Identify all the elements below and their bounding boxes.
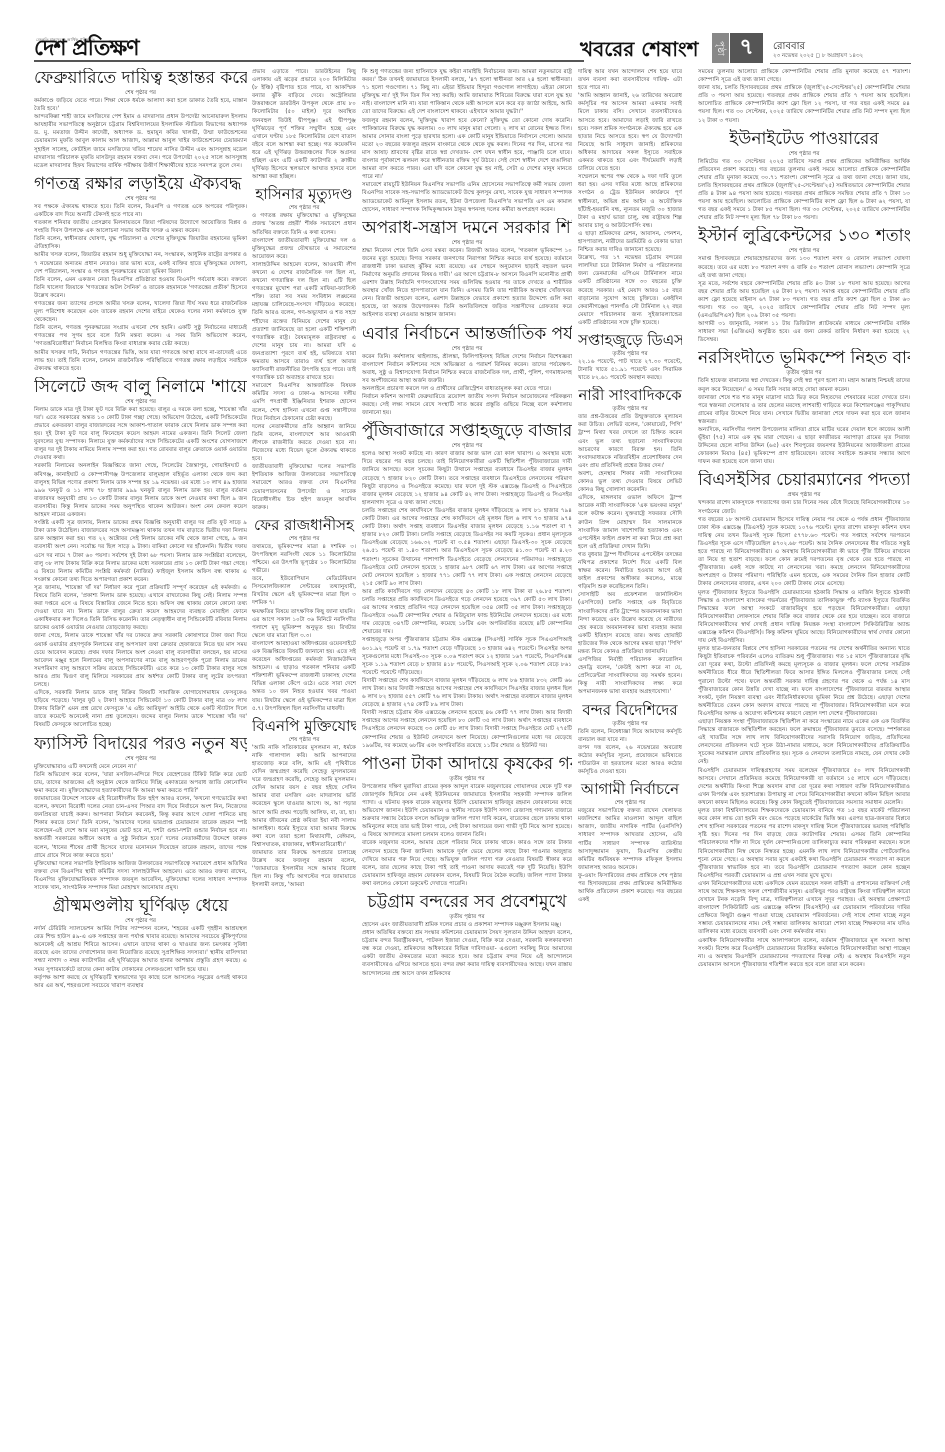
- article-headline: গণতন্ত্র রক্ষার লড়াইয়ে ঐক্যবদ্ধ থাকার: [34, 174, 247, 195]
- article: নরসিংদীতে ভূমিকম্পে নিহত বাবাতৃতীয় পৃষ্…: [698, 348, 910, 466]
- article-headline: বিএনপি মুক্তিযোদ্ধার: [252, 717, 356, 736]
- continuation-note: শেষ পৃষ্ঠার পর: [698, 247, 910, 255]
- paragraph: মুক্তিযোদ্ধা দলের সভাপতি ইশতিয়াক আজিজ উ…: [34, 860, 247, 892]
- paragraph: বাংলাদেশ আবহাওয়া অধিদপ্তরের ওয়েবসাইটে …: [252, 640, 356, 713]
- article-body: মুক্তিযোদ্ধারাও এটি কখনোই মেনে নেবেন না।…: [34, 763, 247, 893]
- paragraph: তিনি হাফেজ বানানোর স্বপ্ন দেখতেন। কিন্তু…: [698, 377, 910, 393]
- paragraph: 'আমি আহ্বান জানাই, ২৬ তারিখের অবরোধ কর্ম…: [578, 92, 682, 173]
- continuation-note: শেষ পৃষ্ঠার পর: [34, 917, 247, 925]
- paragraph: সপ্তাহজুড়ে অপর পুঁজিবাজার চট্টগ্রাম স্ট…: [362, 636, 572, 676]
- article: ফের রাজধানীসহশেষ পৃষ্ঠার পরতথ্যমতে, ভূমি…: [252, 516, 356, 713]
- paragraph: তথ্যমতে, ভূমিকম্পের মাত্রা ৪ দশমিক ৩। উৎ…: [252, 543, 356, 575]
- article-body: প্রভাব এড়াতে পারে। ডারউইনের কিছু এলাকায…: [252, 68, 356, 181]
- column-2: প্রভাব এড়াতে পারে। ডারউইনের কিছু এলাকায…: [252, 68, 356, 1412]
- issue-date: ২৩ নভেম্বর ২০২৫ ◻ ৮ অগ্রহায়ণ ১৪৩২: [773, 53, 863, 61]
- article-headline: ফ্যাসিস্ট বিদায়ের পরও নতুন ষড়যন্ত্র: [34, 734, 247, 755]
- paragraph: মুক্তিযোদ্ধারাও এটি কখনোই মেনে নেবেন না।…: [34, 763, 247, 771]
- paragraph: এ ছাড়া শ্রমিকদের রেশন, আবাসন, পেনশন, হা…: [578, 230, 682, 254]
- paragraph: জাতীয়তাবাদী মুক্তিযোদ্ধা দলের সভাপতি ইশ…: [252, 463, 356, 512]
- paragraph: সরকারি নিলামের অনলাইন বিজ্ঞপ্তিতে জানা গ…: [34, 462, 247, 519]
- article-body: ও গণতন্ত্র রক্ষায় মুক্তিযোদ্ধা ও মুক্তি…: [252, 212, 356, 511]
- article-headline: বন্দর বিদেশিদের: [578, 701, 682, 720]
- paragraph: তিনি বলেন, গণতন্ত্র পুনরুদ্ধারের সংগ্রাম…: [34, 324, 247, 348]
- paragraph: এসপিজির নির্বাহী পরিচালক ক্যারোলিন হেনড্…: [578, 656, 682, 696]
- paragraph: জানা গেছে, নিলাম ডাকে শায়েস্তা খাঁর দর …: [34, 632, 247, 689]
- page-number: ৭: [730, 33, 763, 63]
- continuation-note: তৃতীয় পৃষ্ঠার পর: [362, 775, 572, 783]
- column-1: ফেব্রুয়ারিতে দায়িত্ব হস্তান্তর করেশেষ …: [34, 68, 247, 1412]
- article: এবার নির্বাচনে আন্তর্জাতিক পর্যবেক্ষকশেষ…: [362, 324, 572, 418]
- article-body: তার প্রশ্ন-উত্তরের প্রতি উন্মুক্ততাকে মূ…: [578, 413, 682, 696]
- paragraph: একাধিক বিনিয়োগকারীর সাথে আলাপকালে বলেন,…: [698, 937, 910, 969]
- article-body: সমাপ্ত হিসাববছরে শেয়ারহোল্ডারদের জন্য ১…: [698, 255, 910, 344]
- paragraph: সব পক্ষকে ঐক্যবদ্ধ থাকতে হবে। তিনি বলেন,…: [34, 203, 247, 219]
- article-body: হোসেন এবং জাতীয়তাবাদী শ্রমিক দলের প্রচা…: [362, 921, 572, 978]
- article: গ্রীষ্মমণ্ডলীয় ঘূর্ণিঝড় ধেয়েশেষ পৃষ্ঠ…: [34, 896, 247, 990]
- paragraph: কর্মকাণ্ডে জড়িয়ে যেতে পারে। শিক্ষা থেক…: [34, 97, 247, 113]
- continuation-note: তৃতীয় পৃষ্ঠার পর: [578, 405, 682, 413]
- article: প্রভাব এড়াতে পারে। ডারউইনের কিছু এলাকায…: [252, 68, 356, 181]
- paragraph: হোসেন এবং জাতীয়তাবাদী শ্রমিক দলের প্রচা…: [362, 921, 572, 929]
- paragraph: জানা যায়, চলতি হিসাববছরের প্রথম প্রান্ত…: [698, 84, 910, 124]
- article-headline: চট্টগ্রাম বন্দরের সব প্রবেশমুখে: [362, 892, 572, 913]
- article-body: তথ্যমতে, ভূমিকম্পের মাত্রা ৪ দশমিক ৩। উৎ…: [252, 543, 356, 713]
- paragraph: নর্দার্ন টেরিটরি স্যালভেশন আর্মির পিটার …: [34, 925, 247, 974]
- paragraph: বিদায়ী সপ্তাহে চট্টগ্রাম স্টক এক্সচেঞ্জ…: [362, 709, 572, 749]
- article: গণতন্ত্র রক্ষার লড়াইয়ে ঐক্যবদ্ধ থাকারশ…: [34, 174, 247, 373]
- article: বিএসইসির চেয়ারম্যানের পদত্যাগ ঘিরেপ্রথম…: [698, 470, 910, 968]
- article-headline: সিলেটে জব্দ বালু নিলামে 'শায়েস্তা খাঁর: [34, 377, 247, 398]
- paragraph: তিনি বলেন, স্বাধীনতার ঘোষণা, যুদ্ধ পরিচা…: [34, 235, 247, 251]
- paragraph: উল্লেখ্য, গত ১৭ নভেম্বর চট্টগ্রাম বন্দরে…: [578, 254, 682, 327]
- masthead: মেহনতি মানুষের ও আর্থিক প্রতিশ্রুতি দেশ …: [0, 0, 945, 48]
- article: নারী সাংবাদিককেতৃতীয় পৃষ্ঠার পরতার প্রশ…: [578, 386, 682, 696]
- paragraph: করেন তিনি। কর্মশালায় থাইল্যান্ড, শ্রীলঙ…: [362, 353, 572, 385]
- article-headline: ফের রাজধানীসহ: [252, 516, 356, 535]
- article-headline: বিএসইসির চেয়ারম্যানের পদত্যাগ ঘিরে: [698, 470, 910, 491]
- paragraph: এখন বিনিয়োগকারীদের মধ্যে একদিকে যেমন রয…: [698, 880, 910, 937]
- paragraph: সমাবেশে রায়চুটি ইউনিয়ন বিএনপির সভাপতি …: [362, 181, 572, 213]
- article-headline: নরসিংদীতে ভূমিকম্পে নিহত বাবা: [698, 348, 910, 369]
- paragraph: কি শুধু গণতন্ত্রের জন্য হাসিনাকে যুদ্ধ ক…: [362, 68, 572, 117]
- article-headline: গ্রীষ্মমণ্ডলীয় ঘূর্ণিঝড় ধেয়ে: [34, 896, 247, 917]
- paragraph: বিএসইসি চেয়ারম্যান দায়িত্বগ্রহণের সময়…: [698, 767, 910, 807]
- paragraph: সালাহউদ্দিন আহমেদ বলেন, আওয়ামী লীগ কখনো…: [252, 261, 356, 382]
- paragraph: কর্তৃপক্ষ আশা করছে যে ঘূর্ণিঝড়টি স্থলভা…: [34, 974, 247, 990]
- continuation-note: শেষ পৃষ্ঠার পর: [34, 89, 247, 97]
- article-headline: ইউনাইটেড পাওয়ারের: [698, 129, 910, 150]
- paragraph: চলতি সপ্তাহের শেষ কার্যদিবসে ডিএসইর বাজা…: [362, 507, 572, 588]
- article-body: সময়ের তুলনায় আলোচ্য প্রান্তিকে কোম্পান…: [698, 68, 910, 125]
- paragraph: এর আগে সকাল ১০টা ৩৬ মিনিটে নরসিংদীর পলাশ…: [252, 616, 356, 640]
- paragraph: গণতন্ত্রের জন্য ত্যাগের প্রসঙ্গে আমীর খস…: [34, 300, 247, 324]
- continuation-note: শেষ পৃষ্ঠার পর: [362, 239, 572, 247]
- paragraph: সময়ের তুলনায় আলোচ্য প্রান্তিকে কোম্পান…: [698, 68, 910, 84]
- paragraph: সম্মেলনে স্বপের পক্ষ থেকে ৯ দফা দাবি তুল…: [578, 173, 682, 230]
- paragraph: নিলাম ডাকে মাত্র দুই টাকা ফুট দরে বিক্রি…: [34, 406, 247, 463]
- continuation-note: শেষ পৃষ্ঠার পর: [252, 736, 356, 744]
- article-headline: এবার নির্বাচনে আন্তর্জাতিক পর্যবেক্ষক: [362, 324, 572, 345]
- paragraph: জামায়াত তার বিরুদ্ধে অপপ্রচার চালাচ্ছে …: [252, 849, 356, 889]
- continuation-note: শেষ পৃষ্ঠার পর: [698, 150, 910, 158]
- article-body: করেন তিনি। কর্মশালায় থাইল্যান্ড, শ্রীলঙ…: [362, 353, 572, 418]
- article: ইউনাইটেড পাওয়ারেরশেষ পৃষ্ঠার পরলিমিটেড …: [698, 129, 910, 223]
- continuation-note: শেষ পৃষ্ঠার পর: [34, 398, 247, 406]
- paragraph: সোসাইটি অব প্রফেশনাল জার্নালিস্টস (এসপিজ…: [578, 591, 682, 656]
- paragraph: গত বুধবার ট্রাম্প দীর্ঘদিনের এপস্টেইন তদ…: [578, 551, 682, 591]
- article-headline: নারী সাংবাদিককে: [578, 386, 682, 405]
- article-body: কর্মকাণ্ডে জড়িয়ে যেতে পারে। শিক্ষা থেক…: [34, 97, 247, 170]
- paragraph: ২২.১৬ পয়েন্টে, পাট খাতে ২৭.৩০ পয়েন্টে,…: [578, 358, 682, 382]
- article: দায়িত্ব আর যখন আন্দোলন শেষ হয়ে যাবে তখ…: [578, 68, 682, 327]
- article-body: খন্দকার রাশেদ মাকসুদকে পদত্যাগের জন্য চা…: [698, 499, 910, 968]
- article-headline: সপ্তাহজুড়ে ডিএসইর: [578, 331, 682, 350]
- paragraph: সূত্র জানায়, 'শায়েস্তা খাঁ দর' নির্ধার…: [34, 584, 247, 633]
- article-body: তিনি হাফেজ বানানোর স্বপ্ন দেখতেন। কিন্তু…: [698, 377, 910, 466]
- article: ইস্টার্ন লুব্রিকেন্টসের ১৩০ শতাংশশেষ পৃষ…: [698, 226, 910, 344]
- paragraph: ক্ষয়ক্ষতির বিষয়ে তাৎক্ষণিক কিছু জানা য…: [252, 608, 356, 616]
- article-body: মজুরের সভাপতিত্বে বক্তব্য রাখেন খেলাফত ম…: [578, 807, 682, 904]
- paragraph: সমাবেশে বিএনপির আন্তর্জাতিক বিষয়ক কমিটি…: [252, 382, 356, 422]
- article-headline: ইস্টার্ন লুব্রিকেন্টসের ১৩০ শতাংশ: [698, 226, 910, 247]
- article-body: তিনি বলেন, নিষেধাজ্ঞা দিয়ে আমাদের কর্মস…: [578, 728, 682, 777]
- paragraph: ফু-ওয়াং ফিসারিজের প্রথম প্রান্তিকে শেষ …: [578, 872, 682, 904]
- article-body: নর্দার্ন টেরিটরি স্যালভেশন আর্মির পিটার …: [34, 925, 247, 990]
- article: ফ্যাসিস্ট বিদায়ের পরও নতুন ষড়যন্ত্রশেষ…: [34, 734, 247, 893]
- paragraph: মূলত ছাত্র-জনতার বিপ্লবে শেখ হাসিনা সরকা…: [698, 645, 910, 718]
- masthead-divider: [34, 60, 584, 62]
- paragraph: এদিকে, মাঙ্গলবার ওভাল অফিসে ট্রাম্প আরেক…: [578, 494, 682, 551]
- article: কি শুধু গণতন্ত্রের জন্য হাসিনাকে যুদ্ধ ক…: [362, 68, 572, 214]
- paragraph: হলেও আস্থা সংকট কাটছে না। কারণ বাজার আজ …: [362, 450, 572, 507]
- paragraph: 'আমি নাকি সত্যিকারের মুসলমান না, ধর্মকে …: [252, 744, 356, 849]
- continuation-note: প্রথম পৃষ্ঠার পর: [698, 491, 910, 499]
- continuation-note: তৃতীয় পৃষ্ঠার পর: [698, 369, 910, 377]
- article: অপরাধ-সন্ত্রাস দমনে সরকার শিথিলতাশেষ পৃষ…: [362, 218, 572, 320]
- paragraph: নির্বাচন কমিশন আগামী ফেব্রুয়ারিতে ত্রয়…: [362, 393, 572, 417]
- article: হাসিনার মৃত্যুদণ্ডশেষ পৃষ্ঠার পরও গণতন্ত…: [252, 185, 356, 511]
- article-headline: অপরাধ-সন্ত্রাস দমনে সরকার শিথিলতা: [362, 218, 572, 239]
- article-headline: পাওনা টাকা আদায়ে কৃষকের গরু: [362, 754, 572, 775]
- article: বন্দর বিদেশিদেরতৃতীয় পৃষ্ঠার পরতিনি বলে…: [578, 701, 682, 777]
- paragraph: গত বছরের ১৮ আগস্ট চেয়ারম্যান হিসেবে দায…: [698, 516, 910, 589]
- column-4: দায়িত্ব আর যখন আন্দোলন শেষ হয়ে যাবে তখ…: [578, 68, 682, 1412]
- paragraph: বিদায়ী সপ্তাহের শেষ কার্যদিবসে বাজার মূ…: [362, 677, 572, 709]
- section-title: খবরের শেষাংশ: [580, 37, 699, 61]
- article-body: নিলাম ডাকে মাত্র দুই টাকা ফুট দরে বিক্রি…: [34, 406, 247, 730]
- continuation-note: শেষ পৃষ্ঠার পর: [34, 755, 247, 763]
- column-3: কি শুধু গণতন্ত্রের জন্য হাসিনাকে যুদ্ধ ক…: [362, 68, 572, 1412]
- paragraph: তিনি অভিযোগ করে বলেন, 'যারা মসজিদ-মন্দির…: [34, 771, 247, 795]
- continuation-note: শেষ পৃষ্ঠার পর: [362, 345, 572, 353]
- paragraph: দলের নেতাকর্মীদের প্রতি আহ্বান জানিয়ে ত…: [252, 423, 356, 463]
- paragraph: শ্রদ্ধা নিবেদন শেষে তিনি এসব মন্তব্য করে…: [362, 247, 572, 320]
- article-body: উপজেলার দক্ষিণ মুরাদিয়া গ্রামের কৃষক আব…: [362, 783, 572, 888]
- paragraph: জানাজা শেষে শত শত মানুষ মাদ্রাসা মাঠে ভি…: [698, 394, 910, 426]
- article: সিলেটে জব্দ বালু নিলামে 'শায়েস্তা খাঁরশ…: [34, 377, 247, 730]
- article: চট্টগ্রাম বন্দরের সব প্রবেশমুখেতৃতীয় পৃ…: [362, 892, 572, 978]
- paragraph: উপজেলার দক্ষিণ মুরাদিয়া গ্রামের কৃষক আব…: [362, 783, 572, 840]
- paragraph: এছাড়া নিয়ন্ত্রক সংস্থা পুঁজিবাজারকে স্…: [698, 718, 910, 767]
- paragraph: তপন দত্ত বলেন, ২৬ নভেম্বরের অবরোধ কঠোর ক…: [578, 744, 682, 776]
- article-headline: পুঁজিবাজারে সপ্তাহজুড়ে বাজার মূলধন: [362, 421, 572, 442]
- paragraph: অন্যদিকে, নরসিংদীর পলাশ উপজেলার মালিতা গ…: [698, 426, 910, 466]
- paragraph: আমীর খসরুর দাবি, নির্বাচন গণতন্ত্রের ভিত…: [34, 349, 247, 373]
- article: পাওনা টাকা আদায়ে কৃষকের গরুতৃতীয় পৃষ্ঠ…: [362, 754, 572, 888]
- date-divider: [770, 63, 911, 64]
- article: সময়ের তুলনায় আলোচ্য প্রান্তিকে কোম্পান…: [698, 68, 910, 125]
- article-headline: হাসিনার মৃত্যুদণ্ড: [252, 185, 356, 204]
- article-body: দায়িত্ব আর যখন আন্দোলন শেষ হয়ে যাবে তখ…: [578, 68, 682, 327]
- paragraph: তার প্রশ্ন-উত্তরের প্রতি উন্মুক্ততাকে মূ…: [578, 413, 682, 470]
- continuation-note: শেষ পৃষ্ঠার পর: [252, 204, 356, 212]
- continuation-note: তৃতীয় পৃষ্ঠার পর: [578, 720, 682, 728]
- article-body: 'আমি নাকি সত্যিকারের মুসলমান না, ধর্মকে …: [252, 744, 356, 890]
- paragraph: মূলত ঢাকা বিশ্ববিদ্যালয়ের শিক্ষকদেরকে চ…: [698, 807, 910, 880]
- paragraph: লিমিটেড গত ৩০ সেপ্টেম্বর ২০২৫ তারিখে সমা…: [698, 158, 910, 223]
- article: সপ্তাহজুড়ে ডিএসইরতৃতীয় পৃষ্ঠার পর২২.১৬…: [578, 331, 682, 382]
- paragraph: সংশ্লিষ্ট একটি সূত্র জানায়, নিলাম ডাকের…: [34, 519, 247, 584]
- paragraph: আমীর খসরু বলেন, জিয়াউর রহমান শুধু মুক্ত…: [34, 251, 247, 275]
- paragraph: অনলাইনে প্রচারণা করলে দল ও প্রার্থীদের র…: [362, 385, 572, 393]
- continuation-note: শেষ পৃষ্ঠার পর: [252, 535, 356, 543]
- paragraph: মূলত পুঁজিবাজার ইস্যুতে বিএসইসি চেয়ারম্…: [698, 589, 910, 646]
- article-body: কি শুধু গণতন্ত্রের জন্য হাসিনাকে যুদ্ধ ক…: [362, 68, 572, 214]
- newspaper-logo: দেশ প্রতিক্ষণ: [34, 38, 139, 60]
- column-5: সময়ের তুলনায় আলোচ্য প্রান্তিকে কোম্পান…: [698, 68, 910, 1412]
- paragraph: প্রধান অতিথির বক্তব্যে শ্রম সংস্কার কমিশ…: [362, 929, 572, 978]
- continuation-note: তৃতীয় পৃষ্ঠার পর: [362, 913, 572, 921]
- article: ফেব্রুয়ারিতে দায়িত্ব হস্তান্তর করেশেষ …: [34, 68, 247, 170]
- article-body: সব পক্ষকে ঐক্যবদ্ধ থাকতে হবে। তিনি বলেন,…: [34, 203, 247, 373]
- continuation-note: তৃতীয় পৃষ্ঠার পর: [578, 350, 682, 358]
- paragraph: প্রভাব এড়াতে পারে। ডারউইনের কিছু এলাকায…: [252, 68, 356, 181]
- article-body: ২২.১৬ পয়েন্টে, পাট খাতে ২৭.৩০ পয়েন্টে,…: [578, 358, 682, 382]
- paragraph: খন্দকার রাশেদ মাকসুদকে পদত্যাগের জন্য চা…: [698, 499, 910, 515]
- article-body: হলেও আস্থা সংকট কাটছে না। কারণ বাজার আজ …: [362, 450, 572, 749]
- paragraph: ও গণতন্ত্র রক্ষায় মুক্তিযোদ্ধা ও মুক্তি…: [252, 212, 356, 236]
- paragraph: সমাপ্ত হিসাববছরে শেয়ারহোল্ডারদের জন্য ১…: [698, 255, 910, 279]
- paragraph: এদিকে, সরকারি নিলাম ডাকে বালু বিক্রির বি…: [34, 689, 247, 729]
- paragraph: আগামী ৩১ জানুয়ারি, সকাল ১১ টায় ডিজিটাল…: [698, 320, 910, 344]
- continuation-note: শেষ পৃষ্ঠার পর: [34, 195, 247, 203]
- article: বিএনপি মুক্তিযোদ্ধারশেষ পৃষ্ঠার পর'আমি ন…: [252, 717, 356, 890]
- paragraph: তিনি বলেন, নিষেধাজ্ঞা দিয়ে আমাদের কর্মস…: [578, 728, 682, 744]
- paragraph: অবশ্য, হেনস্থার শিকার নারী সাংবাদিকের কো…: [578, 470, 682, 494]
- paragraph: তিনি বলেন, এমন একজন নেতা বিএনপির প্রতিষ্…: [34, 276, 247, 300]
- paragraph: বারেক মজুমদার বলেন, আমার ছেলে পরিবার নিয…: [362, 839, 572, 888]
- article-headline: আগামী নির্বাচনে: [578, 780, 682, 799]
- paragraph: সূত্র মতে, সর্বশেষ বছরে কোম্পানিটির শেয়…: [698, 280, 910, 320]
- continuation-note: শেষ পৃষ্ঠার পর: [362, 442, 572, 450]
- paragraph: আর প্রতি কার্যদিবসে গড় লেনদেন বেড়েছে ৪…: [362, 588, 572, 637]
- article-body: শ্রদ্ধা নিবেদন শেষে তিনি এসব মন্তব্য করে…: [362, 247, 572, 320]
- paragraph: বাংলাদেশ জাতীয়তাবাদী মুক্তিযোদ্ধা দল ও …: [252, 237, 356, 261]
- paragraph: জামায়াতের উদ্দেশে সাবেক এই বিরোধীদলীয় …: [34, 795, 247, 860]
- paragraph: আন্দরকিল্লা শাহী জামে মসজিদের পেশ ইমাম ও…: [34, 113, 247, 170]
- article-headline: ফেব্রুয়ারিতে দায়িত্ব হস্তান্তর করে: [34, 68, 247, 89]
- page-label: পৃষ্ঠা: [712, 33, 729, 63]
- paragraph: ফজলুর রহমান বলেন, 'মুক্তিযুদ্ধ খারাপ হবে…: [362, 117, 572, 182]
- article-body: লিমিটেড গত ৩০ সেপ্টেম্বর ২০২৫ তারিখে সমা…: [698, 158, 910, 223]
- paragraph: তবে, ইউরোপিয়ান মেডিটেরিয়ান সিসমোলজিক্য…: [252, 575, 356, 607]
- continuation-note: শেষ পৃষ্ঠার পর: [578, 799, 682, 807]
- paragraph: দায়িত্ব আর যখন আন্দোলন শেষ হয়ে যাবে তখ…: [578, 68, 682, 92]
- article: আগামী নির্বাচনেশেষ পৃষ্ঠার পরমজুরের সভাপ…: [578, 780, 682, 904]
- paragraph: গতকাল শনিবার জাতীয় প্রেসক্লাব মিলনায়তন…: [34, 219, 247, 235]
- paragraph: মজুরের সভাপতিত্বে বক্তব্য রাখেন খেলাফত ম…: [578, 807, 682, 872]
- article: পুঁজিবাজারে সপ্তাহজুড়ে বাজার মূলধনশেষ প…: [362, 421, 572, 749]
